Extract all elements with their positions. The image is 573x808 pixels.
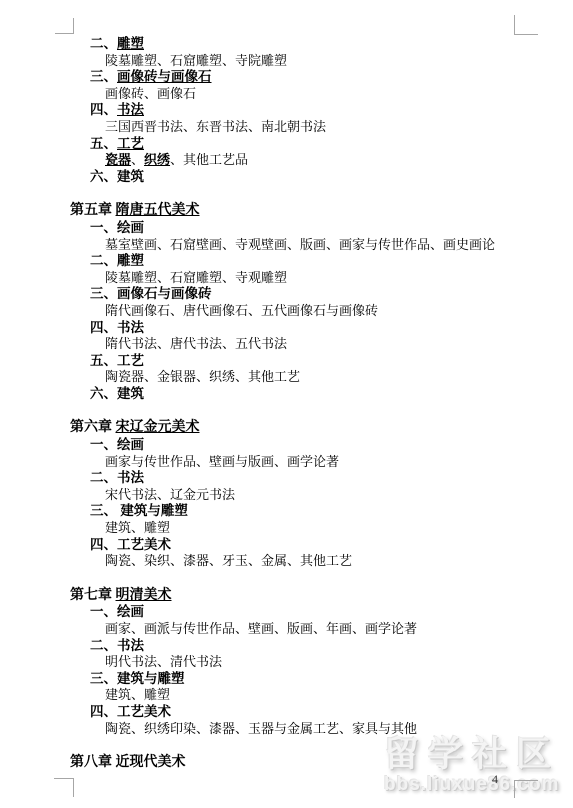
section-chapter6: 第六章 宋辽金元美术 一、绘画 画家与传世作品、壁画与版画、画学论著 二、书法 …	[70, 420, 530, 569]
item-title: 绘画	[117, 437, 144, 452]
outline-item-heading: 一、绘画	[70, 437, 530, 454]
section-chapter5: 第五章 隋唐五代美术 一、绘画 墓室壁画、石窟壁画、寺观壁画、版画、画家与传世作…	[70, 203, 530, 402]
item-number: 四、	[90, 537, 117, 552]
item-number: 六、	[90, 386, 117, 401]
item-number: 二、	[90, 470, 117, 485]
item-title: 绘画	[117, 604, 144, 619]
item-number: 三、	[90, 671, 117, 686]
outline-item-heading: 三、建筑与雕塑	[70, 671, 530, 688]
outline-item-detail: 隋代书法、唐代书法、五代书法	[70, 336, 530, 353]
chapter-number: 第八章	[70, 755, 116, 770]
item-title: 雕塑	[117, 253, 144, 268]
outline-item-heading: 四、书法	[70, 320, 530, 337]
outline-item-heading: 一、绘画	[70, 604, 530, 621]
chapter-number: 第五章	[70, 203, 116, 218]
item-number: 二、	[90, 253, 117, 268]
outline-item-detail: 建筑、雕塑	[70, 520, 530, 537]
item-title: 建筑	[117, 169, 144, 184]
item-number: 一、	[90, 220, 117, 235]
item-title: 建筑与雕塑	[120, 503, 188, 518]
outline-item-heading: 二、雕塑	[70, 253, 530, 270]
item-number: 五、	[90, 136, 117, 151]
item-title: 建筑与雕塑	[117, 671, 185, 686]
item-number: 二、	[90, 638, 117, 653]
item-title: 画像石与画像砖	[117, 286, 212, 301]
outline-item-detail: 陵墓雕塑、石窟雕塑、寺观雕塑	[70, 270, 530, 287]
item-title: 书法	[117, 102, 144, 117]
item-number: 四、	[90, 102, 117, 117]
outline-item-detail: 画家、画派与传世作品、壁画、版画、年画、画学论著	[70, 621, 530, 638]
item-number: 一、	[90, 604, 117, 619]
chapter-heading: 第六章 宋辽金元美术	[70, 420, 530, 437]
outline-item-heading: 三、 建筑与雕塑	[70, 503, 530, 520]
item-title: 书法	[117, 638, 144, 653]
item-title: 工艺美术	[117, 537, 171, 552]
document-page: 留学社区 bbs.liuxue86.com 二、雕塑 陵墓雕塑、石窟雕塑、寺院雕…	[0, 0, 573, 808]
item-title: 工艺	[117, 136, 144, 151]
outline-item-detail: 陶瓷、织绣印染、漆器、玉器与金属工艺、家具与其他	[70, 721, 530, 738]
outline-item-detail: 画家与传世作品、壁画与版画、画学论著	[70, 454, 530, 471]
outline-item-heading: 二、雕塑	[70, 36, 530, 53]
detail-separator: 、	[131, 152, 144, 167]
chapter-title: 近现代美术	[116, 755, 186, 770]
section-chapter4-continued: 二、雕塑 陵墓雕塑、石窟雕塑、寺院雕塑 三、画像砖与画像石 画像砖、画像石 四、…	[70, 36, 530, 185]
item-number: 一、	[90, 437, 117, 452]
outline-item-heading: 六、建筑	[70, 169, 530, 186]
item-title: 雕塑	[117, 36, 144, 51]
outline-item-detail: 陵墓雕塑、石窟雕塑、寺院雕塑	[70, 53, 530, 70]
outline-item-detail: 陶瓷器、金银器、织绣、其他工艺	[70, 369, 530, 386]
outline-item-detail: 墓室壁画、石窟壁画、寺观壁画、版画、画家与传世作品、画史画论	[70, 237, 530, 254]
section-chapter7: 第七章 明清美术 一、绘画 画家、画派与传世作品、壁画、版画、年画、画学论著 二…	[70, 588, 530, 737]
outline-item-detail: 瓷器、织绣、其他工艺品	[70, 152, 530, 169]
outline-item-heading: 四、工艺美术	[70, 537, 530, 554]
item-number: 五、	[90, 353, 117, 368]
item-number: 四、	[90, 704, 117, 719]
chapter-number: 第六章	[70, 420, 116, 435]
crop-mark-top-left	[55, 18, 74, 34]
outline-item-detail: 建筑、雕塑	[70, 687, 530, 704]
item-number: 六、	[90, 169, 117, 184]
outline-item-heading: 五、工艺	[70, 136, 530, 153]
outline-item-detail: 明代书法、清代书法	[70, 654, 530, 671]
item-title: 绘画	[117, 220, 144, 235]
page-number: 4	[492, 772, 498, 787]
chapter-heading: 第七章 明清美术	[70, 588, 530, 605]
outline-item-heading: 一、绘画	[70, 220, 530, 237]
outline-item-heading: 三、画像砖与画像石	[70, 69, 530, 86]
item-title: 建筑	[117, 386, 144, 401]
outline-item-heading: 四、书法	[70, 102, 530, 119]
chapter-title: 明清美术	[116, 588, 172, 603]
document-content: 二、雕塑 陵墓雕塑、石窟雕塑、寺院雕塑 三、画像砖与画像石 画像砖、画像石 四、…	[70, 36, 530, 772]
detail-term: 瓷器	[105, 152, 131, 167]
crop-mark-top-right	[514, 15, 538, 35]
item-title: 书法	[117, 320, 144, 335]
item-title: 工艺	[117, 353, 144, 368]
outline-item-detail: 三国西晋书法、东晋书法、南北朝书法	[70, 119, 530, 136]
item-title: 工艺美术	[117, 704, 171, 719]
item-title: 画像砖与画像石	[117, 69, 212, 84]
outline-item-detail: 隋代画像石、唐代画像石、五代画像石与画像砖	[70, 303, 530, 320]
detail-rest: 、其他工艺品	[170, 152, 248, 167]
outline-item-heading: 五、工艺	[70, 353, 530, 370]
outline-item-heading: 三、画像石与画像砖	[70, 286, 530, 303]
outline-item-detail: 陶瓷、染织、漆器、牙玉、金属、其他工艺	[70, 553, 530, 570]
chapter-number: 第七章	[70, 588, 116, 603]
detail-term: 织绣	[144, 152, 170, 167]
chapter-heading: 第八章 近现代美术	[70, 755, 530, 772]
outline-item-heading: 二、书法	[70, 470, 530, 487]
crop-mark-bottom-left	[54, 778, 74, 797]
item-number: 四、	[90, 320, 117, 335]
item-number: 三、	[90, 69, 117, 84]
item-number: 三、	[90, 503, 120, 518]
item-number: 三、	[90, 286, 117, 301]
section-chapter8: 第八章 近现代美术	[70, 755, 530, 772]
chapter-title: 隋唐五代美术	[116, 203, 200, 218]
outline-item-heading: 四、工艺美术	[70, 704, 530, 721]
chapter-title: 宋辽金元美术	[116, 420, 200, 435]
crop-mark-bottom-right	[514, 780, 538, 798]
outline-item-heading: 六、建筑	[70, 386, 530, 403]
outline-item-detail: 宋代书法、辽金元书法	[70, 487, 530, 504]
outline-item-detail: 画像砖、画像石	[70, 86, 530, 103]
chapter-heading: 第五章 隋唐五代美术	[70, 203, 530, 220]
item-title: 书法	[117, 470, 144, 485]
item-number: 二、	[90, 36, 117, 51]
outline-item-heading: 二、书法	[70, 638, 530, 655]
